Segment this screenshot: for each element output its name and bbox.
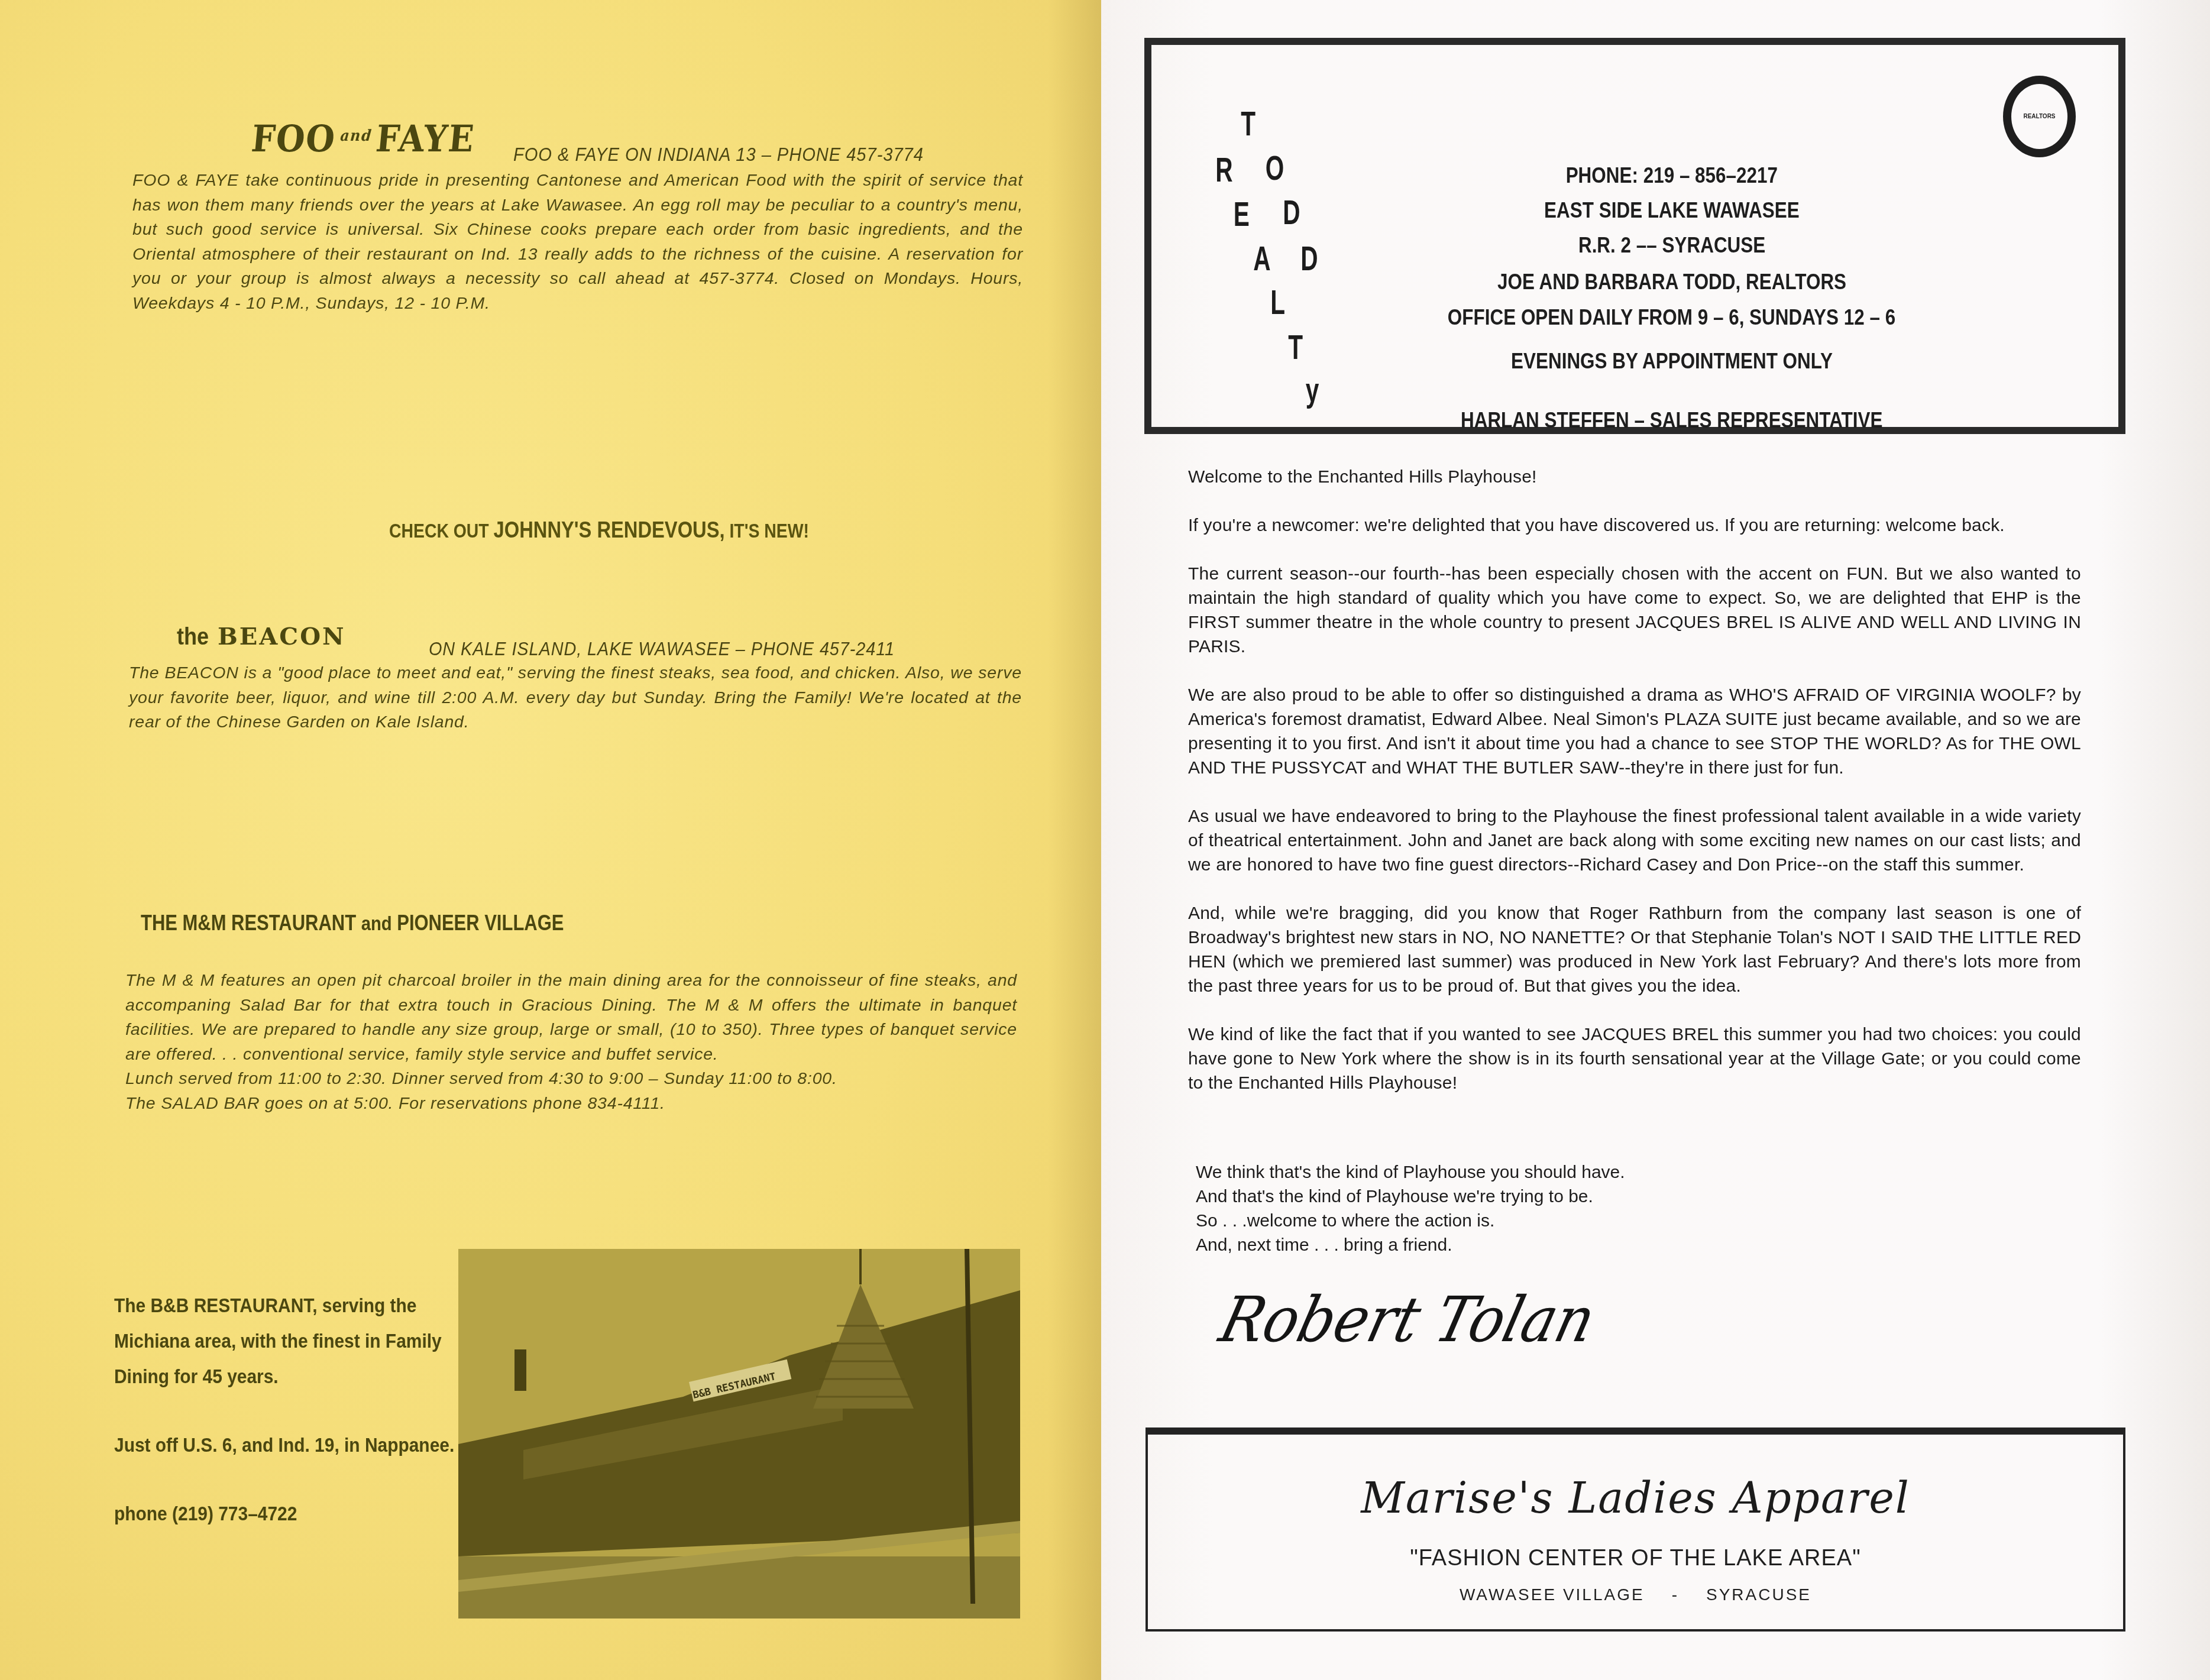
- realty-hours: OFFICE OPEN DAILY FROM 9 – 6, SUNDAYS 12…: [1448, 305, 1895, 330]
- mm-title-and: and: [361, 912, 392, 935]
- mm-restaurant-title: THE M&M RESTAURANT and PIONEER VILLAGE: [141, 911, 564, 936]
- foo-faye-header: FOO & FAYE ON INDIANA 13 – PHONE 457-377…: [513, 144, 924, 166]
- beacon-the: the: [177, 624, 209, 650]
- marise-location-city: SYRACUSE: [1706, 1585, 1811, 1604]
- closing-line: And, next time . . . bring a friend.: [1196, 1233, 1625, 1257]
- marise-tagline: "FASHION CENTER OF THE LAKE AREA": [1148, 1546, 2123, 1571]
- mm-title-part1: THE M&M RESTAURANT: [141, 911, 356, 935]
- letter-closing: We think that's the kind of Playhouse yo…: [1196, 1160, 1625, 1257]
- logo-letter: L: [1270, 283, 1285, 322]
- logo-foo: FOO: [250, 117, 338, 160]
- signature: Robert Tolan: [1213, 1283, 1602, 1356]
- realty-evenings: EVENINGS BY APPOINTMENT ONLY: [1511, 349, 1833, 374]
- mm-description: The M & M features an open pit charcoal …: [125, 969, 1017, 1067]
- realty-address: EAST SIDE LAKE WAWASEE: [1544, 198, 1800, 223]
- realty-phone: PHONE: 219 – 856–2217: [1566, 163, 1778, 188]
- johnnys-suffix: IT'S NEW!: [729, 520, 808, 542]
- closing-line: And that's the kind of Playhouse we're t…: [1196, 1184, 1625, 1209]
- bb-restaurant-photo: B&B RESTAURANT: [458, 1249, 1020, 1619]
- letter-paragraph: The current season--our fourth--has been…: [1188, 562, 2081, 659]
- bb-phone: phone (219) 773–4722: [114, 1496, 468, 1532]
- logo-letter: E: [1234, 195, 1250, 234]
- realtors-seal-icon: REALTORS: [2003, 76, 2076, 157]
- marise-name: Marise's Ladies Apparel: [1148, 1473, 2123, 1523]
- beacon-header: ON KALE ISLAND, LAKE WAWASEE – PHONE 457…: [429, 639, 895, 660]
- todd-realty-ad: T O D D R E A L T y PHONE: 219 – 856–221…: [1144, 38, 2125, 434]
- beacon-name: BEACON: [218, 623, 346, 650]
- beacon-body: The BEACON is a "good place to meet and …: [129, 661, 1022, 735]
- logo-and: and: [339, 127, 373, 145]
- marise-apparel-ad: Marise's Ladies Apparel "FASHION CENTER …: [1146, 1427, 2125, 1632]
- marise-location-village: WAWASEE VILLAGE: [1460, 1585, 1645, 1604]
- mm-restaurant-body: The M & M features an open pit charcoal …: [125, 969, 1017, 1116]
- realty-route: R.R. 2 –– SYRACUSE: [1578, 233, 1765, 258]
- letter-paragraph: As usual we have endeavored to bring to …: [1188, 804, 2081, 877]
- left-page: FOOandFAYE FOO & FAYE ON INDIANA 13 – PH…: [0, 0, 1101, 1680]
- beacon-logo: theBEACON: [175, 623, 346, 650]
- bb-restaurant-ad: The B&B RESTAURANT, serving the Michiana…: [114, 1288, 468, 1565]
- marise-location-sep: -: [1672, 1585, 1679, 1604]
- foo-and-faye-logo: FOOandFAYE: [250, 117, 477, 160]
- logo-letter: O: [1266, 148, 1284, 188]
- mm-hours: Lunch served from 11:00 to 2:30. Dinner …: [125, 1067, 1017, 1092]
- restaurant-building-image: B&B RESTAURANT: [458, 1249, 1020, 1619]
- logo-faye: FAYE: [374, 117, 477, 160]
- foo-faye-body: FOO & FAYE take continuous pride in pres…: [132, 169, 1023, 316]
- letter-greeting: Welcome to the Enchanted Hills Playhouse…: [1188, 465, 2081, 489]
- mm-salad-bar: The SALAD BAR goes on at 5:00. For reser…: [125, 1092, 1017, 1116]
- logo-letter: R: [1215, 150, 1232, 190]
- realty-sales-rep: HARLAN STEFFEN – SALES REPRESENTATIVE: [1461, 408, 1883, 433]
- logo-letter: T: [1241, 104, 1256, 144]
- bb-location: Just off U.S. 6, and Ind. 19, in Nappane…: [114, 1427, 468, 1463]
- marise-location: WAWASEE VILLAGE-SYRACUSE: [1148, 1585, 2123, 1604]
- letter-paragraph: We kind of like the fact that if you wan…: [1188, 1022, 2081, 1095]
- realty-owners: JOE AND BARBARA TODD, REALTORS: [1497, 270, 1846, 294]
- logo-letter: A: [1253, 239, 1270, 279]
- letter-paragraph: If you're a newcomer: we're delighted th…: [1188, 513, 2081, 538]
- mm-title-part2: PIONEER VILLAGE: [397, 911, 564, 935]
- welcome-letter: Welcome to the Enchanted Hills Playhouse…: [1188, 465, 2081, 1119]
- realty-info: PHONE: 219 – 856–2217 EAST SIDE LAKE WAW…: [1287, 45, 2056, 427]
- letter-paragraph: We are also proud to be able to offer so…: [1188, 683, 2081, 780]
- johnnys-name: JOHNNY'S RENDEVOUS,: [494, 518, 725, 543]
- seal-text: REALTORS: [2023, 114, 2055, 120]
- letter-paragraph: And, while we're bragging, did you know …: [1188, 901, 2081, 998]
- bb-intro: The B&B RESTAURANT, serving the Michiana…: [114, 1288, 468, 1394]
- right-page: T O D D R E A L T y PHONE: 219 – 856–221…: [1101, 0, 2210, 1680]
- closing-line: We think that's the kind of Playhouse yo…: [1196, 1160, 1625, 1184]
- closing-line: So . . .welcome to where the action is.: [1196, 1209, 1625, 1233]
- johnnys-rendevous-ad: CHECK OUT JOHNNY'S RENDEVOUS, IT'S NEW!: [389, 518, 809, 543]
- johnnys-prefix: CHECK OUT: [389, 520, 489, 542]
